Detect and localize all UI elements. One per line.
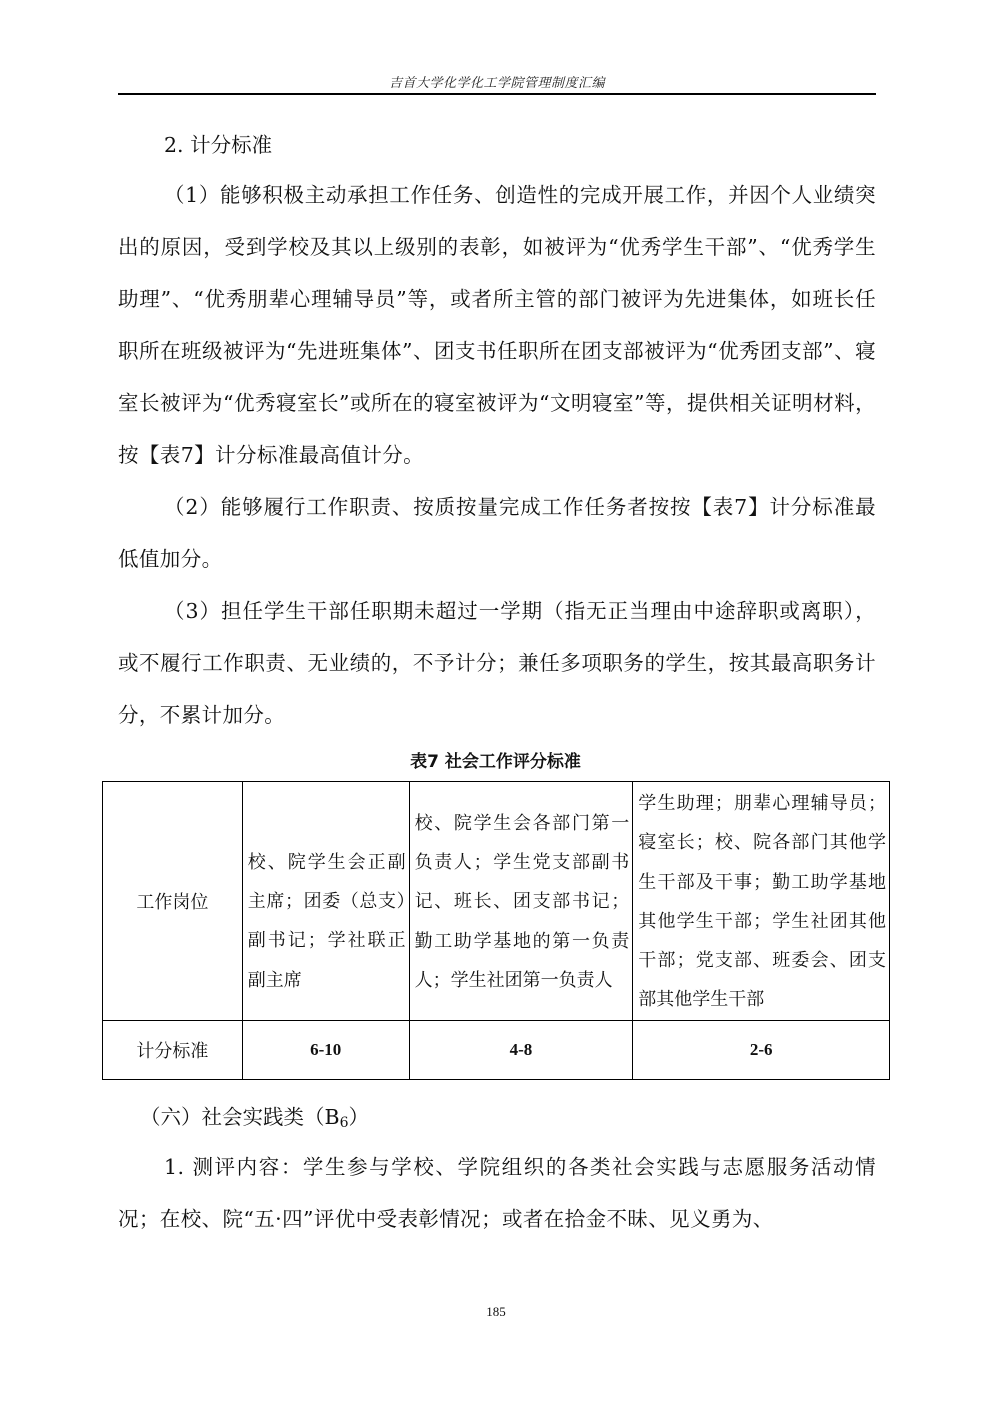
score-cell-tier-2: 4-8 [409,1020,633,1079]
section-heading-scoring-standard: 2. 计分标准 [164,130,272,160]
posts-cell-tier-1: 校、院学生会正副主席；团委（总支）副书记；学社联正副主席 [242,782,409,1021]
section-heading-social-practice: （六）社会实践类（B6） [140,1102,369,1138]
table-row-score: 计分标准 6-10 4-8 2-6 [103,1020,890,1079]
paragraph-item-2: （2）能够履行工作职责、按质按量完成工作任务者按按【表7】计分标准最低值加分。 [118,481,876,585]
heading-subscript: 6 [340,1115,349,1131]
paragraph-assessment-content: 1. 测评内容：学生参与学校、学院组织的各类社会实践与志愿服务活动情况；在校、院… [118,1141,876,1245]
score-cell-tier-3: 2-6 [633,1020,890,1079]
posts-cell-tier-3: 学生助理；朋辈心理辅导员；寝室长；校、院各部门其他学生干部及干事；勤工助学基地其… [633,782,890,1021]
table-caption: 表7 社会工作评分标准 [102,747,889,772]
paragraph-item-3: （3）担任学生干部任职期未超过一学期（指无正当理由中途辞职或离职），或不履行工作… [118,585,876,741]
score-cell-tier-1: 6-10 [242,1020,409,1079]
row-label-posts: 工作岗位 [103,782,243,1021]
running-header: 吉首大学化学化工学院管理制度汇编 [118,72,876,91]
row-label-score: 计分标准 [103,1020,243,1079]
page-number: 185 [0,1304,992,1320]
heading-prefix: （六）社会实践类（B [140,1105,340,1129]
paragraph-item-1: （1）能够积极主动承担工作任务、创造性的完成开展工作，并因个人业绩突出的原因，受… [118,169,876,481]
header-rule [118,93,876,95]
heading-suffix: ） [349,1105,370,1129]
scoring-table: 工作岗位 校、院学生会正副主席；团委（总支）副书记；学社联正副主席 校、院学生会… [102,781,890,1080]
table-row-posts: 工作岗位 校、院学生会正副主席；团委（总支）副书记；学社联正副主席 校、院学生会… [103,782,890,1021]
posts-cell-tier-2: 校、院学生会各部门第一负责人；学生党支部副书记、班长、团支部书记；勤工助学基地的… [409,782,633,1021]
